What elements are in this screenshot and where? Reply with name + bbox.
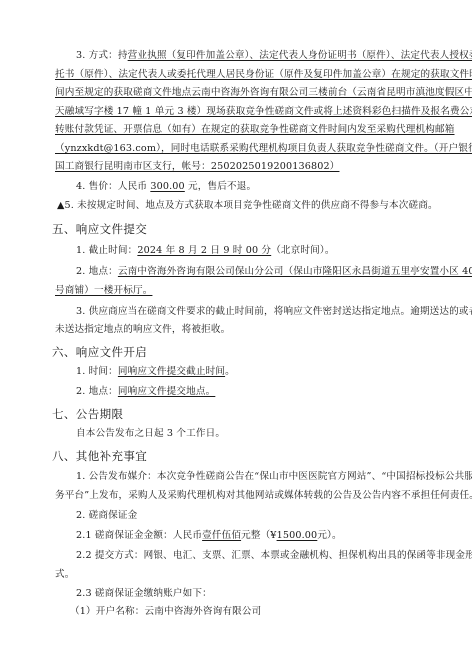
method-lead: 持 bbox=[118, 50, 128, 61]
method-line-6: （ynzxkdt@163.com），同时电话联系采购代理机构项目负责人获取竞争性… bbox=[55, 143, 423, 155]
deposit-amount-mid: 元整（¥ bbox=[241, 530, 277, 541]
method-requirements: 营业执照（复印件加盖公章）、法定代表人身份证明书（原件）、法定代表人授权委 bbox=[128, 50, 472, 61]
opening-time-line: 1. 时间：同响应文件提交截止时间。 bbox=[76, 366, 444, 378]
deadline-line: 1. 截止时间：2024 年 8 月 2 日 9 时 00 分（北京时间）。 bbox=[76, 245, 444, 257]
location-label: 2. 地点： bbox=[76, 266, 118, 277]
deposit-amount-number: 1500.00 bbox=[277, 530, 318, 541]
method-line-1: 3. 方式：持营业执照（复印件加盖公章）、法定代表人身份证明书（原件）、法定代表… bbox=[76, 50, 422, 62]
section-7-heading: 七、公告期限 bbox=[52, 407, 420, 421]
location-value: 云南中咨海外咨询有限公司保山分公司（保山市隆阳区永昌街道五里亭安置小区 40 bbox=[118, 266, 472, 277]
deadline-suffix: （北京时间）。 bbox=[271, 245, 334, 256]
media-line-1: 1. 公告发布媒介：本次竞争性磋商公告在“保山市中医医院官方网站”、“中国招标投… bbox=[76, 471, 444, 483]
method-label: 3. 方式： bbox=[76, 50, 118, 61]
opening-time-label: 1. 时间： bbox=[76, 366, 118, 377]
price-amount: 300.00 bbox=[150, 181, 184, 192]
bank-account-line: 国工商银行昆明南市区支行，帐号：2502025019200136802） bbox=[55, 161, 423, 173]
deposit-amount-suffix: 元）。 bbox=[317, 530, 341, 541]
deposit-amount-line: 2.1 磋商保证金金额：人民币壹仟伍佰元整（¥1500.00元）。 bbox=[76, 530, 444, 542]
submission-rule-line-2: 未送达指定地点的响应文件，将被拒收。 bbox=[55, 324, 423, 336]
submission-rule-line-1: 3. 供应商应当在磋商文件要求的截止时间前，将响应文件密封送达指定地点。逾期送达… bbox=[76, 306, 444, 318]
price-line: 4. 售价：人民币 300.00 元，售后不退。 bbox=[76, 181, 444, 193]
deposit-method-line-1: 2.2 提交方式：网银、电汇、支票、汇票、本票或金融机构、担保机构出具的保函等非… bbox=[76, 550, 444, 562]
section-8-heading: 八、其他补充事宜 bbox=[52, 449, 420, 463]
deadline-label: 1. 截止时间： bbox=[76, 245, 137, 256]
opening-time-value: 同响应文件提交截止时间 bbox=[118, 366, 225, 377]
document-page: 3. 方式：持营业执照（复印件加盖公章）、法定代表人身份证明书（原件）、法定代表… bbox=[0, 0, 472, 668]
price-label: 4. 售价：人民币 bbox=[76, 181, 150, 192]
section-6-heading: 六、响应文件开启 bbox=[52, 345, 420, 359]
account-name-line: （1）开户名称：云南中咨海外咨询有限公司 bbox=[70, 606, 438, 618]
method-line-2: 托书（原件）、法定代表人或委托代理人居民身份证（原件及复印件加盖公章）在规定的获… bbox=[55, 69, 423, 81]
section-5-heading: 五、响应文件提交 bbox=[52, 222, 420, 236]
deadline-value: 2024 年 8 月 2 日 9 时 00 分 bbox=[137, 245, 271, 256]
opening-time-suffix: 。 bbox=[225, 366, 235, 377]
method-line-4: 天融域写字楼 17 幢 1 单元 3 楼）现场获取竞争性磋商文件或将上述资料彩色… bbox=[55, 106, 423, 118]
deposit-method-line-2: 式。 bbox=[55, 569, 423, 581]
deposit-amount-words: 壹仟伍佰 bbox=[202, 530, 241, 541]
deposit-heading: 2. 磋商保证金 bbox=[76, 510, 444, 522]
opening-location-line: 2. 地点：同响应文件提交地点。 bbox=[76, 386, 444, 398]
notice-period-text: 自本公告发布之日起 3 个工作日。 bbox=[76, 428, 444, 440]
deposit-amount-label: 2.1 磋商保证金金额：人民币 bbox=[76, 530, 202, 541]
method-line-5: 转账付款凭证、开票信息（如有）在规定的获取竞争性磋商文件时间内发至采购代理机构邮… bbox=[55, 124, 423, 136]
location-line-2: 号商铺）一楼开标厅。 bbox=[55, 285, 423, 297]
method-line-3: 间内至规定的获取磋商文件地点云南中咨海外咨询有限公司三楼前台（云南省昆明市滇池度… bbox=[55, 87, 423, 99]
price-suffix: 元，售后不退。 bbox=[185, 181, 256, 192]
deposit-account-heading: 2.3 磋商保证金缴纳账户如下： bbox=[76, 588, 444, 600]
opening-location-value: 同响应文件提交地点。 bbox=[118, 386, 215, 397]
opening-location-label: 2. 地点： bbox=[76, 386, 118, 397]
media-line-2: 务平台”上发布，采购人及采购代理机构对其他网站或媒体转载的公告及公告内容不承担任… bbox=[55, 490, 423, 502]
location-line-1: 2. 地点：云南中咨海外咨询有限公司保山分公司（保山市隆阳区永昌街道五里亭安置小… bbox=[76, 266, 444, 278]
warning-line: ▲5. 未按规定时间、地点及方式获取本项目竞争性磋商文件的供应商不得参与本次磋商… bbox=[57, 200, 425, 212]
